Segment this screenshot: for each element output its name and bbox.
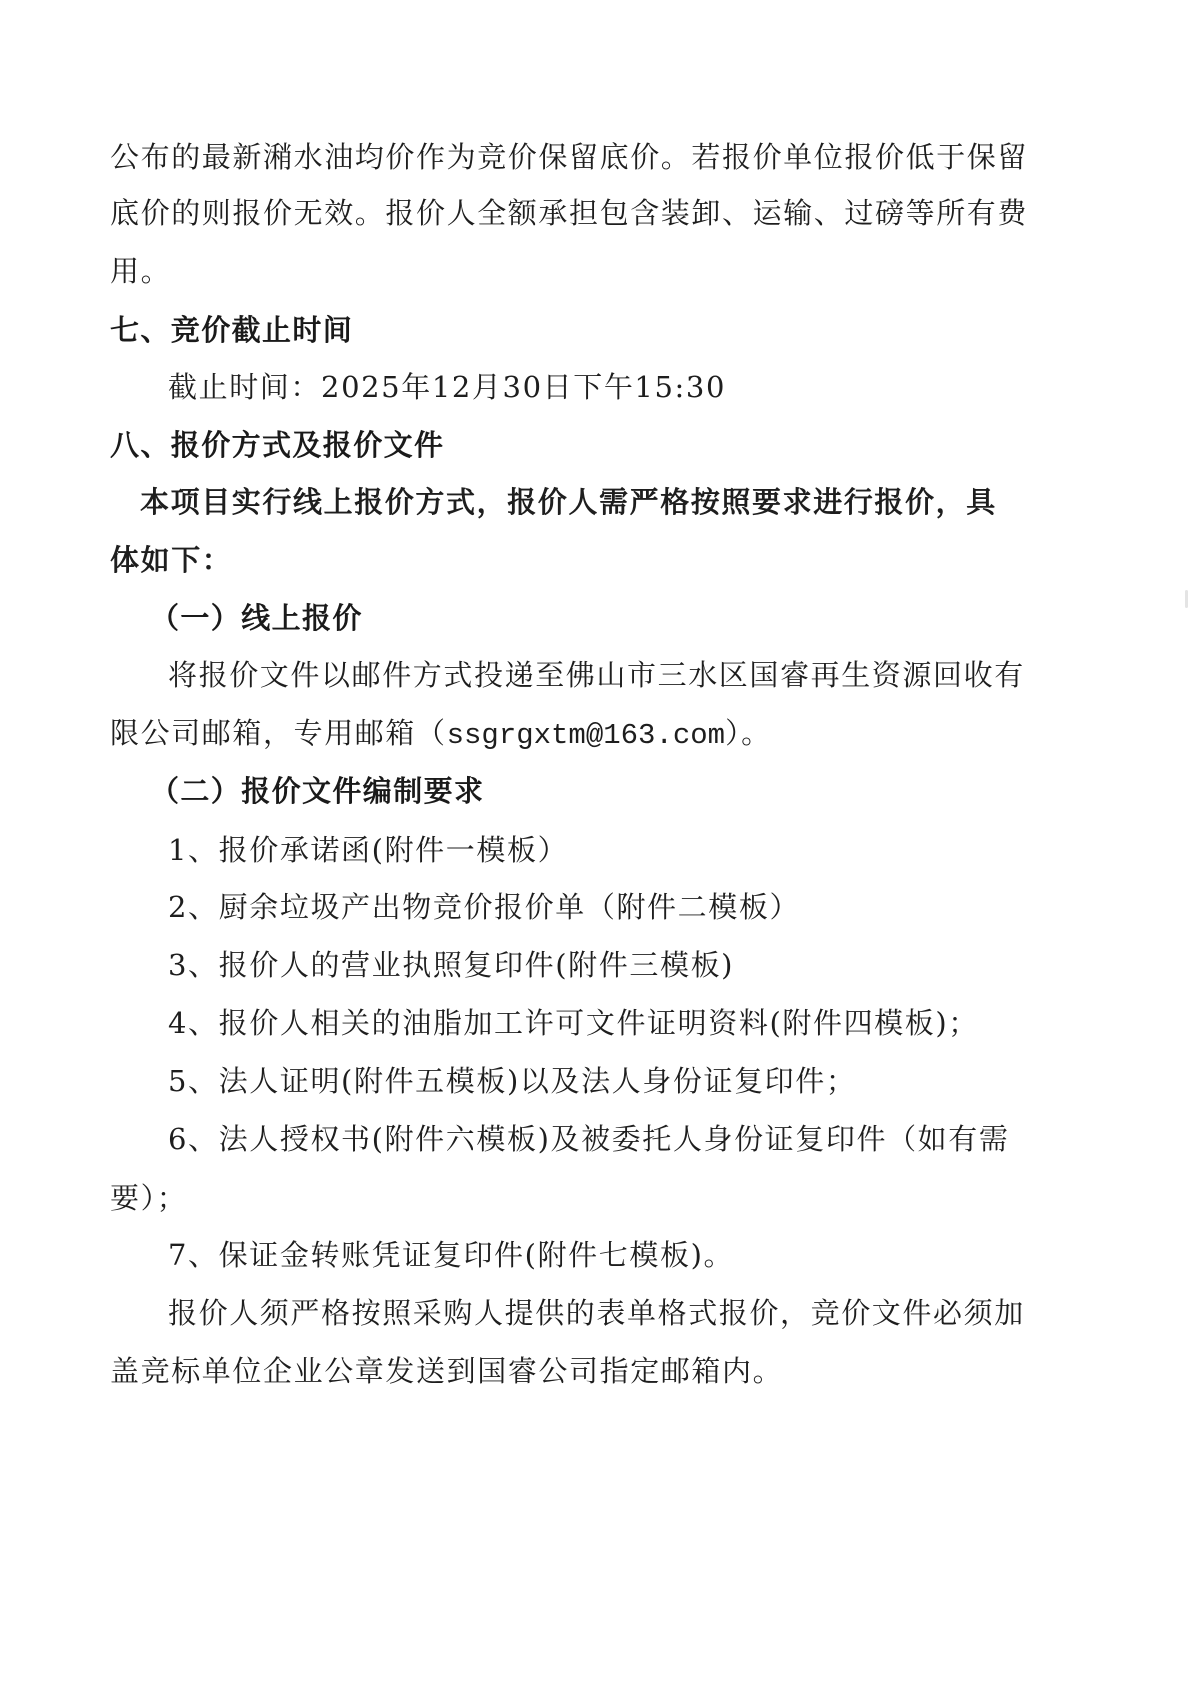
deadline-label: 截止时间： [168, 370, 321, 404]
scan-edge-mark [1185, 590, 1188, 608]
subsection-heading-online-bid: （一）线上报价 [150, 601, 363, 635]
intro-line: 体如下： [110, 543, 232, 577]
requirement-item: 1、报价承诺函(附件一模板） [168, 833, 568, 867]
paragraph-line: 公布的最新潲水油均价作为竞价保留底价。若报价单位报价低于保留 [110, 140, 1028, 174]
paragraph-line: 用。 [110, 254, 171, 288]
requirement-item: 6、法人授权书(附件六模板)及被委托人身份证复印件（如有需 [168, 1122, 1009, 1156]
requirement-item: 4、报价人相关的油脂加工许可文件证明资料(附件四模板)； [168, 1006, 979, 1040]
requirement-item-continuation: 要）； [110, 1181, 187, 1215]
closing-line: 报价人须严格按照采购人提供的表单格式报价，竞价文件必须加 [168, 1296, 1025, 1330]
closing-line: 盖竞标单位企业公章发送到国睿公司指定邮箱内。 [110, 1354, 783, 1388]
requirement-item: 5、法人证明(附件五模板)以及法人身份证复印件； [168, 1064, 856, 1098]
section-heading-bidding-method: 八、报价方式及报价文件 [110, 428, 444, 462]
email-suffix: ）。 [725, 716, 772, 750]
deadline-value: 2025年12月30日下午15:30 [321, 370, 726, 404]
paragraph-line: 将报价文件以邮件方式投递至佛山市三水区国睿再生资源回收有 [168, 658, 1025, 692]
email-line: 限公司邮箱，专用邮箱（ssgrgxtm@163.com）。 [110, 716, 772, 753]
requirement-item: 2、厨余垃圾产出物竞价报价单（附件二模板） [168, 890, 800, 924]
requirement-item: 7、保证金转账凭证复印件(附件七模板)。 [168, 1238, 734, 1272]
email-address[interactable]: ssgrgxtm@163.com [447, 719, 725, 752]
subsection-heading-document-requirements: （二）报价文件编制要求 [150, 774, 484, 808]
paragraph-line: 底价的则报价无效。报价人全额承担包含装卸、运输、过磅等所有费 [110, 196, 1028, 230]
section-heading-deadline: 七、竞价截止时间 [110, 313, 353, 347]
deadline-line: 截止时间：2025年12月30日下午15:30 [168, 370, 726, 404]
email-intro: 限公司邮箱，专用邮箱（ [110, 716, 447, 750]
requirement-item: 3、报价人的营业执照复印件(附件三模板) [168, 948, 734, 982]
document-page: 公布的最新潲水油均价作为竞价保留底价。若报价单位报价低于保留 底价的则报价无效。… [0, 0, 1190, 1683]
intro-line: 本项目实行线上报价方式，报价人需严格按照要求进行报价，具 [140, 485, 997, 519]
